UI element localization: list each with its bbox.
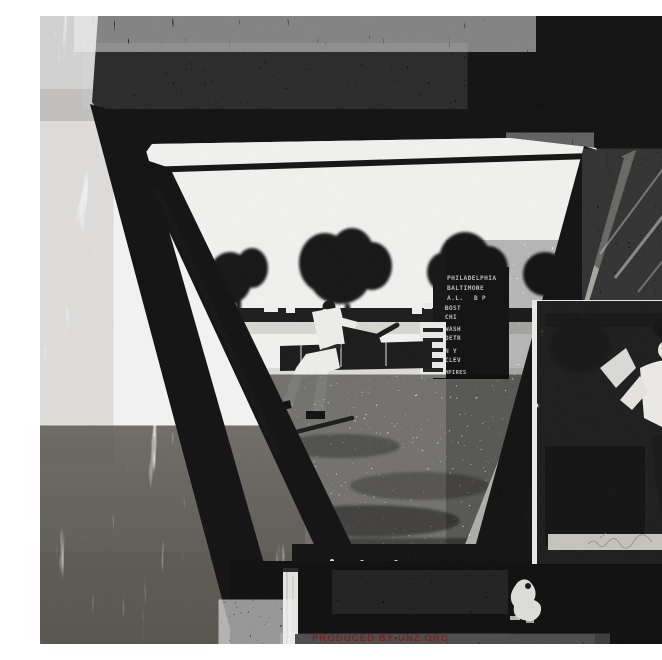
photo-canvas: PHILADELPHIA BALTIMORE A.L. B P BOST CHI… <box>40 16 662 644</box>
newspaper-photo: PHILADELPHIA BALTIMORE A.L. B P BOST CHI… <box>40 16 662 644</box>
